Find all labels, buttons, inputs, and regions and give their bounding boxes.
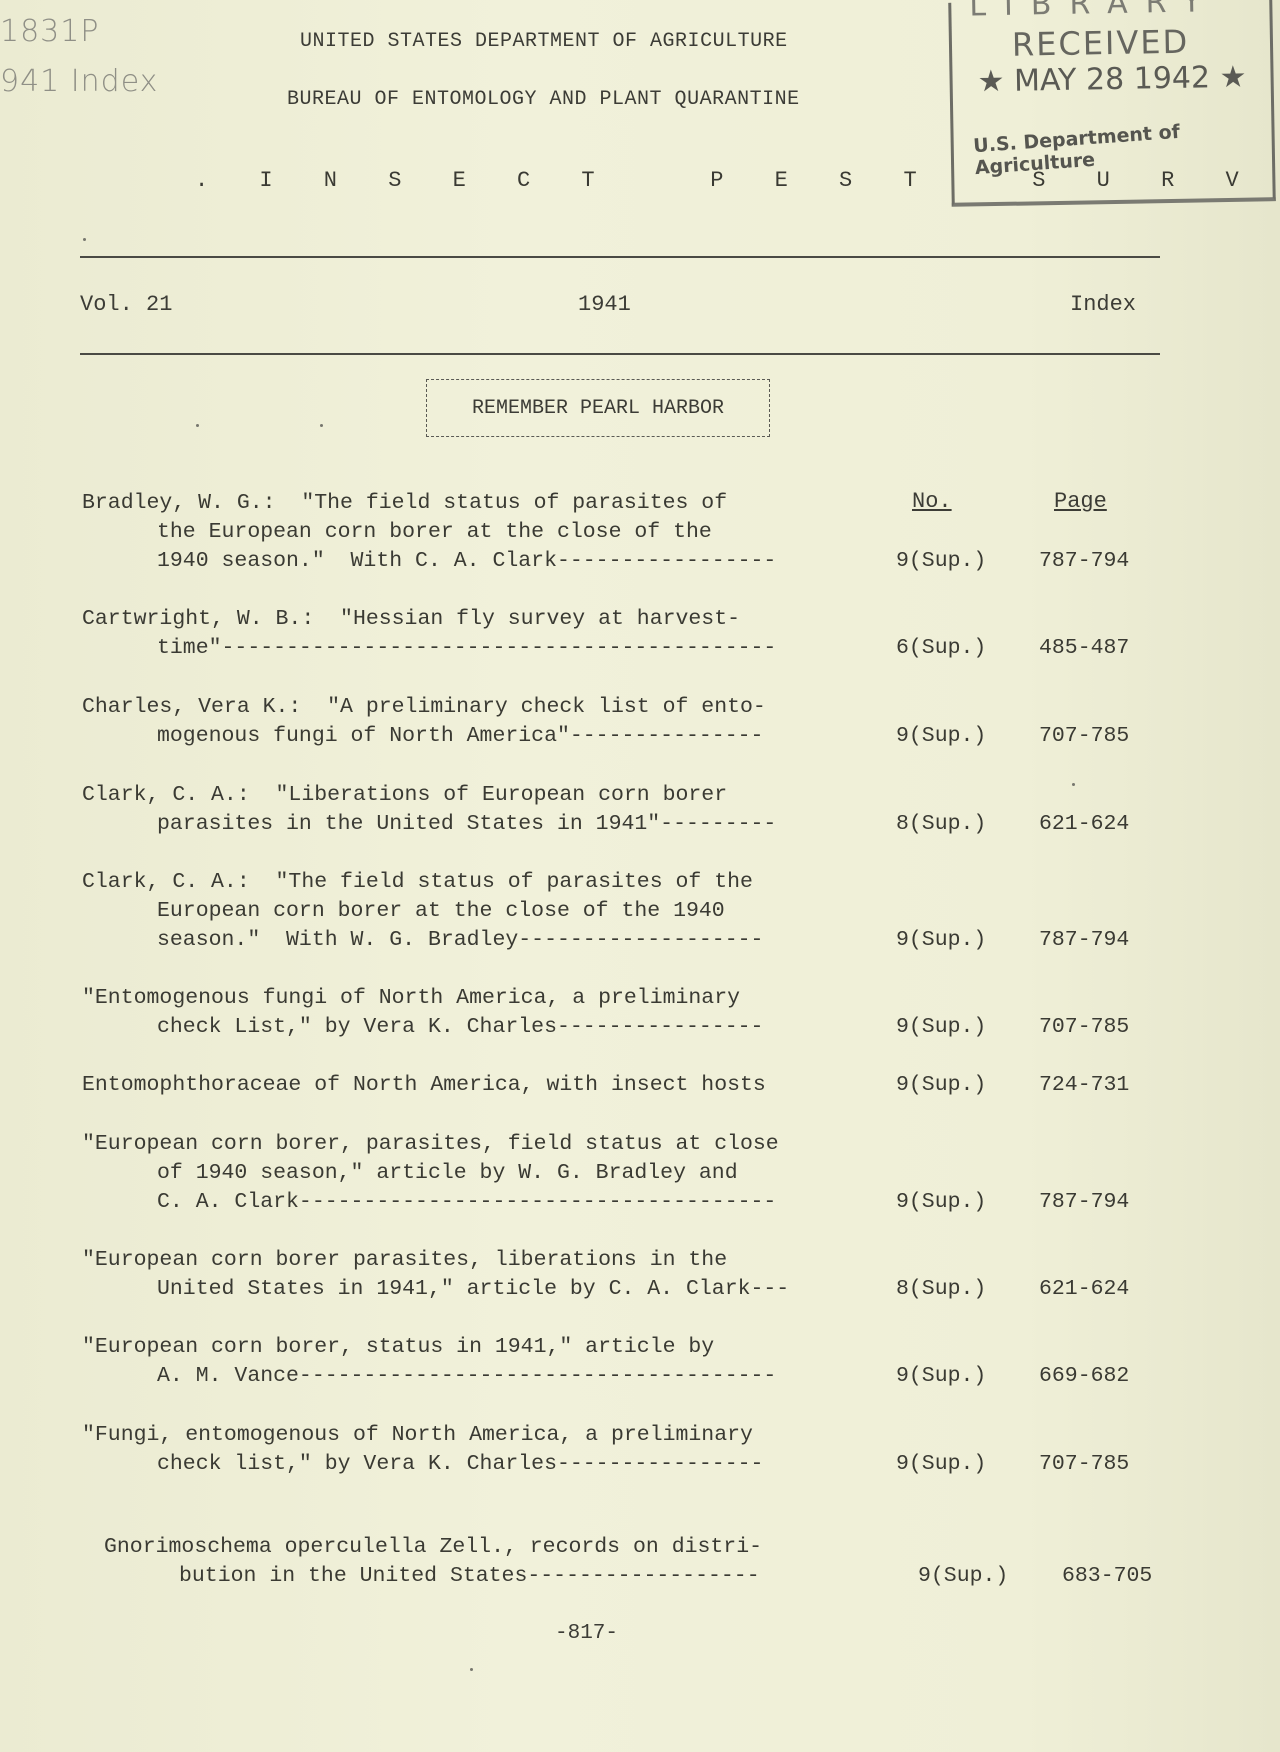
- entry-text: mogenous fungi of North America"--------…: [157, 724, 763, 748]
- entry-line: "Fungi, entomogenous of North America, a…: [82, 1421, 1182, 1450]
- index-entry: Gnorimoschema operculella Zell., records…: [104, 1533, 1204, 1591]
- index-entry: "Entomogenous fungi of North America, a …: [82, 984, 1182, 1042]
- index-entry: "European corn borer, parasites, field s…: [82, 1130, 1182, 1217]
- entry-number: 9(Sup.): [896, 1362, 986, 1391]
- entry-text: A. M. Vance-----------------------------…: [157, 1364, 776, 1388]
- entry-line-last: time"-----------------------------------…: [82, 634, 1182, 663]
- entry-pages: 707-785: [1039, 722, 1129, 751]
- entry-pages: 724-731: [1039, 1071, 1129, 1100]
- entry-line: Charles, Vera K.: "A preliminary check l…: [82, 693, 1182, 722]
- entry-number: 9(Sup.): [896, 1450, 986, 1479]
- star-icon: ★: [977, 64, 1005, 99]
- entry-pages: 621-624: [1039, 1275, 1129, 1304]
- index-entry: "European corn borer, status in 1941," a…: [82, 1333, 1182, 1391]
- page-number: -817-: [555, 1622, 618, 1645]
- library-received-stamp: LIBRARY RECEIVED ★ MAY 28 1942 ★ U.S. De…: [948, 0, 1276, 207]
- star-icon: ★: [1219, 60, 1247, 95]
- entry-line: "European corn borer, parasites, field s…: [82, 1130, 1182, 1159]
- entry-pages: 787-794: [1039, 926, 1129, 955]
- volume-label: Vol. 21: [80, 292, 172, 317]
- margin-accession-note: 1831P: [0, 14, 99, 49]
- entry-line: Cartwright, W. B.: "Hessian fly survey a…: [82, 605, 1182, 634]
- stamp-date: MAY 28 1942: [1014, 60, 1211, 98]
- scan-speck: [470, 1668, 473, 1671]
- entry-line: the European corn borer at the close of …: [82, 518, 1182, 547]
- entry-text: time"-----------------------------------…: [157, 636, 776, 660]
- entry-pages: 707-785: [1039, 1013, 1129, 1042]
- index-entry: Clark, C. A.: "Liberations of European c…: [82, 781, 1182, 839]
- entry-line-last: bution in the United States-------------…: [104, 1562, 1204, 1591]
- scan-speck: [320, 424, 323, 427]
- scan-speck: [83, 238, 86, 241]
- index-entry: "Fungi, entomogenous of North America, a…: [82, 1421, 1182, 1479]
- entry-line: European corn borer at the close of the …: [82, 897, 1182, 926]
- entry-line: "European corn borer, status in 1941," a…: [82, 1333, 1182, 1362]
- entry-pages: 485-487: [1039, 634, 1129, 663]
- entry-number: 8(Sup.): [896, 810, 986, 839]
- bureau-heading: BUREAU OF ENTOMOLOGY AND PLANT QUARANTIN…: [287, 88, 800, 111]
- stamp-received-text: RECEIVED: [1012, 23, 1190, 64]
- remember-pearl-harbor-banner: REMEMBER PEARL HARBOR: [426, 379, 770, 437]
- entry-number: 9(Sup.): [896, 1013, 986, 1042]
- entry-line: Gnorimoschema operculella Zell., records…: [104, 1533, 1204, 1562]
- entry-line: "Entomogenous fungi of North America, a …: [82, 984, 1182, 1013]
- entry-text: check List," by Vera K. Charles---------…: [157, 1015, 763, 1039]
- entry-line-last: parasites in the United States in 1941"-…: [82, 810, 1182, 839]
- entry-line-last: check list," by Vera K. Charles---------…: [82, 1450, 1182, 1479]
- entry-line: Bradley, W. G.: "The field status of par…: [82, 489, 1182, 518]
- entry-pages: 787-794: [1039, 547, 1129, 576]
- entry-text: Entomophthoraceae of North America, with…: [82, 1073, 766, 1097]
- department-heading: UNITED STATES DEPARTMENT OF AGRICULTURE: [300, 30, 788, 53]
- stamp-library-text: LIBRARY: [969, 0, 1219, 23]
- entry-number: 9(Sup.): [896, 1188, 986, 1217]
- index-entry: Bradley, W. G.: "The field status of par…: [82, 489, 1182, 576]
- entry-text: check list," by Vera K. Charles---------…: [157, 1452, 763, 1476]
- index-entry: Entomophthoraceae of North America, with…: [82, 1071, 1182, 1100]
- entry-number: 9(Sup.): [896, 1071, 986, 1100]
- entry-line-last: Entomophthoraceae of North America, with…: [82, 1071, 1182, 1100]
- entry-line: "European corn borer parasites, liberati…: [82, 1246, 1182, 1275]
- entry-number: 8(Sup.): [896, 1275, 986, 1304]
- entry-number: 9(Sup.): [896, 722, 986, 751]
- entry-line-last: mogenous fungi of North America"--------…: [82, 722, 1182, 751]
- entry-number: 9(Sup.): [896, 926, 986, 955]
- entry-line: Clark, C. A.: "The field status of paras…: [82, 868, 1182, 897]
- entry-pages: 683-705: [1062, 1562, 1152, 1591]
- entry-line-last: United States in 1941," article by C. A.…: [82, 1275, 1182, 1304]
- entry-line: Clark, C. A.: "Liberations of European c…: [82, 781, 1182, 810]
- entry-text: season." With W. G. Bradley-------------…: [157, 928, 763, 952]
- banner-text: REMEMBER PEARL HARBOR: [472, 397, 724, 420]
- index-entry: Cartwright, W. B.: "Hessian fly survey a…: [82, 605, 1182, 663]
- entry-pages: 621-624: [1039, 810, 1129, 839]
- entry-line-last: check List," by Vera K. Charles---------…: [82, 1013, 1182, 1042]
- stamp-date-row: ★ MAY 28 1942 ★: [977, 60, 1246, 100]
- year-label: 1941: [578, 292, 631, 317]
- entry-number: 9(Sup.): [896, 547, 986, 576]
- entry-text: 1940 season." With C. A. Clark----------…: [157, 549, 776, 573]
- margin-index-note: 941 Index: [0, 64, 158, 99]
- entry-text: C. A. Clark-----------------------------…: [157, 1190, 776, 1214]
- entry-text: United States in 1941," article by C. A.…: [157, 1277, 789, 1301]
- entry-pages: 669-682: [1039, 1362, 1129, 1391]
- index-entry: Clark, C. A.: "The field status of paras…: [82, 868, 1182, 955]
- top-rule: [80, 256, 1160, 258]
- entry-text: parasites in the United States in 1941"-…: [157, 812, 776, 836]
- entry-number: 9(Sup.): [918, 1562, 1008, 1591]
- entry-text: bution in the United States-------------…: [179, 1564, 760, 1588]
- entry-line-last: 1940 season." With C. A. Clark----------…: [82, 547, 1182, 576]
- scan-speck: [1072, 783, 1075, 786]
- index-entry: "European corn borer parasites, liberati…: [82, 1246, 1182, 1304]
- scan-speck: [196, 424, 199, 427]
- entry-line-last: A. M. Vance-----------------------------…: [82, 1362, 1182, 1391]
- entry-number: 6(Sup.): [896, 634, 986, 663]
- entry-line: of 1940 season," article by W. G. Bradle…: [82, 1159, 1182, 1188]
- entry-line-last: season." With W. G. Bradley-------------…: [82, 926, 1182, 955]
- bottom-rule: [80, 353, 1160, 355]
- stamp-department: U.S. Department of Agriculture: [973, 114, 1273, 179]
- index-entry: Charles, Vera K.: "A preliminary check l…: [82, 693, 1182, 751]
- section-label: Index: [1070, 292, 1136, 317]
- entry-pages: 707-785: [1039, 1450, 1129, 1479]
- entry-pages: 787-794: [1039, 1188, 1129, 1217]
- entry-line-last: C. A. Clark-----------------------------…: [82, 1188, 1182, 1217]
